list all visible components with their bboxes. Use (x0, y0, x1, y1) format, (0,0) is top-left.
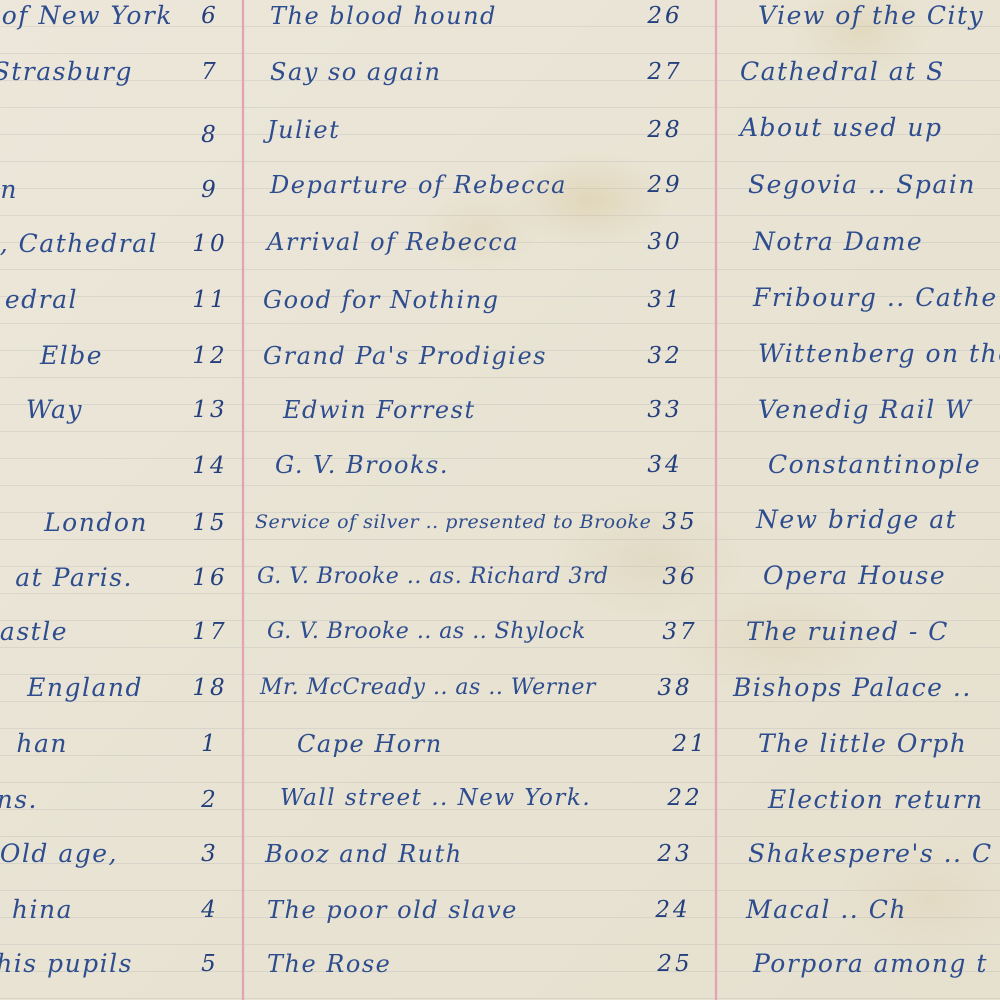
entry-title: Departure of Rebecca (270, 165, 567, 205)
list-item: Cape Horn21 (245, 724, 716, 764)
list-item: Booz and Ruth23 (245, 834, 716, 874)
entry-number: 25 (635, 944, 715, 984)
entry-number: 24 (633, 890, 713, 930)
entry-title: his pupils (0, 944, 133, 984)
entry-title: Fribourg .. Cathe (753, 278, 998, 318)
list-item: n9 (0, 170, 243, 210)
entry-number: 23 (635, 834, 715, 874)
list-item: London15 (0, 503, 243, 543)
entry-number: 12 (180, 336, 240, 376)
entry-title: G. V. Brooke .. as .. Shylock (267, 612, 586, 652)
entry-number: 16 (180, 558, 240, 598)
entry-number: 27 (625, 52, 705, 92)
entry-title: Juliet (267, 110, 340, 150)
entry-title: Say so again (270, 52, 441, 92)
entry-title: y of New York (0, 0, 173, 36)
entry-number: 14 (180, 446, 240, 486)
list-item: The poor old slave24 (245, 890, 716, 930)
entry-title: Good for Nothing (263, 280, 500, 320)
entry-number: 2 (180, 780, 240, 820)
entry-title: New bridge at (756, 500, 957, 540)
entry-number: 18 (180, 668, 240, 708)
middle-column: The blood hound26 Say so again27 Juliet2… (245, 0, 716, 1000)
list-item: y of New York6 (0, 0, 243, 36)
entry-title: The poor old slave (267, 890, 518, 930)
entry-title: Constantinople (768, 445, 981, 485)
entry-title: , Cathedral (0, 224, 158, 264)
entry-number: 6 (180, 0, 240, 36)
entry-number: 21 (650, 724, 716, 764)
entry-number: 33 (625, 390, 705, 430)
entry-number: 17 (180, 612, 240, 652)
list-item: 14 (0, 446, 243, 486)
entry-number: 22 (645, 778, 716, 818)
entry-title: The Rose (267, 944, 391, 984)
entry-title: Elbe (40, 336, 103, 376)
entry-title: han (16, 724, 68, 764)
entry-number: 37 (640, 612, 716, 652)
list-item: G. V. Brooke .. as. Richard 3rd36 (245, 557, 716, 597)
entry-number: 28 (625, 110, 705, 150)
entry-title: Porpora among t (753, 944, 988, 984)
entry-number: 7 (180, 52, 240, 92)
list-item: G. V. Brooke .. as .. Shylock37 (245, 612, 716, 652)
list-item: at Paris.16 (0, 558, 243, 598)
left-column: y of New York6 Strasburg7 8 n9 , Cathedr… (0, 0, 243, 1000)
list-item: , Cathedral10 (0, 224, 243, 264)
entry-number: 30 (625, 222, 705, 262)
entry-number: 3 (180, 834, 240, 874)
entry-number: 15 (180, 503, 240, 543)
entry-title: Opera House (763, 556, 946, 596)
entry-number: 4 (180, 890, 240, 930)
list-item: ns.2 (0, 780, 243, 820)
ledger-page: y of New York6 Strasburg7 8 n9 , Cathedr… (0, 0, 1000, 1000)
entry-title: Bishops Palace .. (733, 668, 972, 708)
list-item: Departure of Rebecca29 (245, 165, 716, 205)
entry-title: Grand Pa's Prodigies (263, 336, 547, 376)
entry-title: London (44, 503, 148, 543)
list-item: The blood hound26 (245, 0, 716, 36)
entry-title: Wall street .. New York. (280, 778, 591, 818)
entry-number: 10 (180, 224, 240, 264)
entry-title: Cathedral at S (740, 52, 945, 92)
entry-title: View of the City (758, 0, 984, 36)
entry-title: The little Orph (758, 724, 967, 764)
list-item: his pupils5 (0, 944, 243, 984)
list-item: hina4 (0, 890, 243, 930)
list-item: Wall street .. New York.22 (245, 778, 716, 818)
list-item: Old age,3 (0, 834, 243, 874)
entry-title: Cape Horn (297, 724, 443, 764)
list-item: Way13 (0, 390, 243, 430)
entry-title: at Paris. (15, 558, 133, 598)
entry-title: astle (0, 612, 68, 652)
entry-number: 32 (625, 336, 705, 376)
entry-number: 31 (625, 280, 705, 320)
list-item: Grand Pa's Prodigies32 (245, 336, 716, 376)
entry-title: Strasburg (0, 52, 133, 92)
list-item: Edwin Forrest33 (245, 390, 716, 430)
entry-number: 5 (180, 944, 240, 984)
entry-title: n (0, 170, 18, 210)
entry-title: Service of silver .. presented to Brooke (255, 502, 651, 542)
list-item: Juliet28 (245, 110, 716, 150)
entry-title: Mr. McCready .. as .. Werner (260, 668, 596, 708)
entry-title: Way (26, 390, 83, 430)
entry-title: G. V. Brooks. (275, 445, 449, 485)
list-item: edral11 (0, 280, 243, 320)
entry-title: Wittenberg on the (758, 334, 1000, 374)
right-column: View of the City Cathedral at S About us… (718, 0, 1000, 1000)
entry-title: The ruined - C (746, 612, 949, 652)
entry-title: Segovia .. Spain (748, 165, 976, 205)
entry-number: 8 (180, 115, 240, 155)
entry-title: Shakespere's .. C (748, 834, 993, 874)
list-item: England18 (0, 668, 243, 708)
list-item: Elbe12 (0, 336, 243, 376)
entry-title: Booz and Ruth (265, 834, 463, 874)
entry-number: 1 (180, 724, 240, 764)
entry-number: 34 (625, 445, 705, 485)
entry-title: Venedig Rail W (758, 390, 972, 430)
entry-title: England (27, 668, 143, 708)
entry-title: edral (5, 280, 78, 320)
list-item: Service of silver .. presented to Brooke… (245, 502, 716, 542)
entry-number: 9 (180, 170, 240, 210)
list-item: 8 (0, 115, 243, 155)
entry-title: G. V. Brooke .. as. Richard 3rd (257, 557, 609, 597)
entry-title: Old age, (0, 834, 118, 874)
list-item: Strasburg7 (0, 52, 243, 92)
entry-title: About used up (740, 108, 942, 148)
entry-number: 26 (625, 0, 705, 36)
entry-title: Macal .. Ch (746, 890, 907, 930)
list-item: Say so again27 (245, 52, 716, 92)
list-item: Mr. McCready .. as .. Werner38 (245, 668, 716, 708)
entry-number: 29 (625, 165, 705, 205)
list-item: Arrival of Rebecca30 (245, 222, 716, 262)
entry-title: The blood hound (270, 0, 497, 36)
entry-title: Notra Dame (753, 222, 923, 262)
list-item: han1 (0, 724, 243, 764)
entry-title: hina (12, 890, 73, 930)
list-item: The Rose25 (245, 944, 716, 984)
entry-title: Election return (768, 780, 984, 820)
list-item: astle17 (0, 612, 243, 652)
entry-number: 38 (635, 668, 715, 708)
entry-title: Arrival of Rebecca (267, 222, 519, 262)
entry-number: 36 (640, 557, 716, 597)
entry-number: 13 (180, 390, 240, 430)
list-item: G. V. Brooks.34 (245, 445, 716, 485)
entry-number: 11 (180, 280, 240, 320)
entry-title: ns. (0, 780, 38, 820)
entry-number: 35 (645, 502, 715, 542)
entry-title: Edwin Forrest (283, 390, 476, 430)
list-item: Good for Nothing31 (245, 280, 716, 320)
